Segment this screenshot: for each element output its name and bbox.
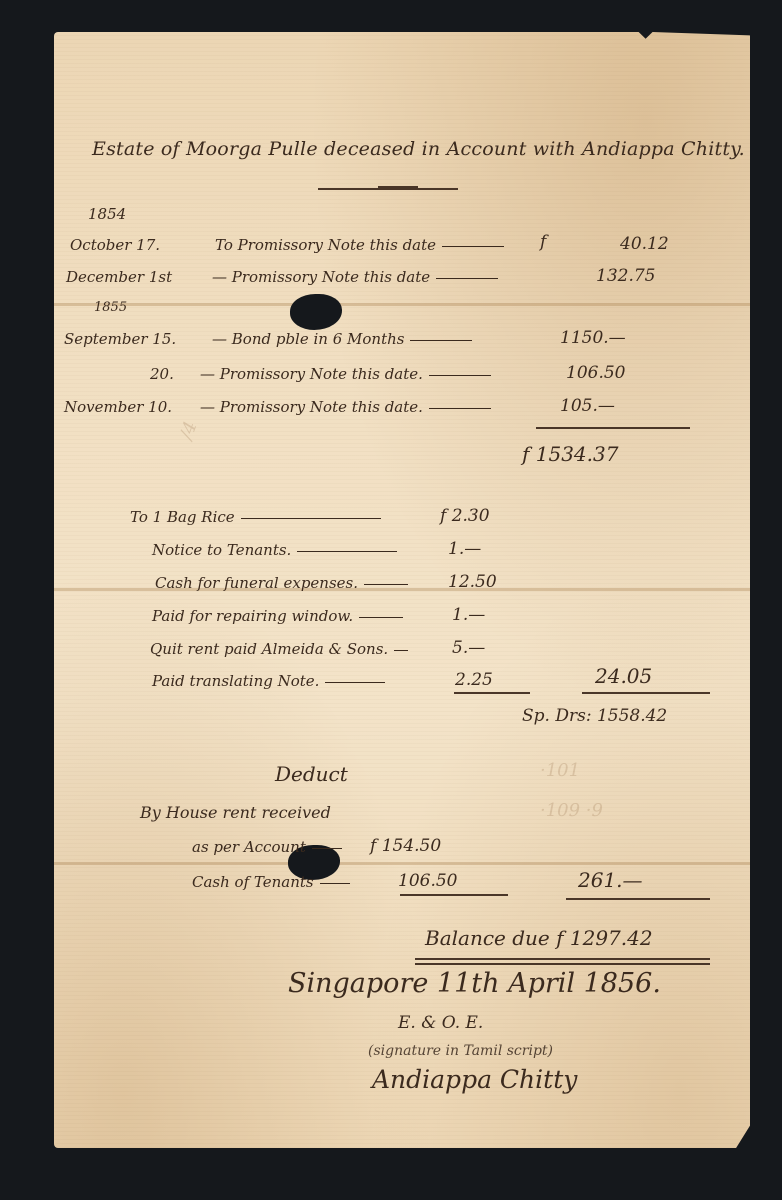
balance-line: Balance due f 1297.42	[425, 926, 653, 950]
entry-description: — Promissory Note this date.	[200, 398, 497, 416]
expense-amount: 12.50	[448, 572, 497, 592]
expense-last-rule	[454, 692, 530, 694]
entry-amount: 40.12	[620, 234, 669, 254]
balance-rule-2	[415, 963, 710, 965]
expense-amount: 1.—	[452, 605, 485, 625]
section2-subtotal: 24.05	[595, 664, 652, 688]
deduct-heading: Deduct	[275, 762, 348, 786]
fold-crease-bottom	[54, 862, 750, 865]
entry-description: To Promissory Note this date	[215, 236, 510, 254]
entry-amount: 132.75	[596, 266, 655, 286]
deduct-subtotal: 261.—	[578, 868, 643, 892]
entry-description: — Promissory Note this date.	[200, 365, 497, 383]
expense-amount: 5.—	[452, 638, 485, 658]
deduct-amount: 106.50	[398, 871, 457, 891]
expense-amount: 2.25	[455, 670, 493, 690]
year-1854: 1854	[88, 205, 126, 223]
entry-date: October 17.	[70, 236, 160, 254]
running-total: Sp. Drs: 1558.42	[522, 706, 667, 726]
place-date: Singapore 11th April 1856.	[288, 968, 661, 999]
year-1855: 1855	[94, 300, 127, 315]
signature: Andiappa Chitty	[372, 1065, 577, 1094]
deduct-description: as per Account	[192, 838, 348, 856]
entry-amount: 106.50	[566, 363, 625, 383]
entry-date: 20.	[150, 365, 174, 383]
deduct-entry-rule	[400, 894, 508, 896]
entry-amount: 105.—	[560, 396, 615, 416]
expense-description: Paid translating Note.	[152, 672, 391, 690]
title-underline-accent	[378, 186, 418, 189]
expense-amount: f 2.30	[440, 506, 490, 526]
fold-crease-top	[54, 303, 750, 306]
section2-subtotal-rule	[582, 692, 710, 694]
expense-description: Paid for repairing window.	[152, 607, 409, 625]
deduct-amount: f 154.50	[370, 836, 441, 856]
entry-date: December 1st	[66, 268, 172, 286]
expense-description: Quit rent paid Almeida & Sons.	[150, 640, 414, 658]
expense-amount: 1.—	[448, 539, 481, 559]
entry-date: September 15.	[64, 330, 176, 348]
entry-amount: 1150.—	[560, 328, 626, 348]
entry-date: November 10.	[64, 398, 172, 416]
balance-rule-1	[415, 958, 710, 960]
expense-description: Notice to Tenants.	[152, 541, 403, 559]
entry-description: — Promissory Note this date	[212, 268, 504, 286]
eoe-note: E. & O. E.	[398, 1013, 483, 1033]
deduct-subtotal-rule	[566, 898, 710, 900]
section1-subtotal: f 1534.37	[522, 442, 618, 466]
subtotal-rule	[536, 427, 690, 429]
document-title: Estate of Moorga Pulle deceased in Accou…	[92, 138, 745, 160]
expense-description: To 1 Bag Rice	[130, 508, 387, 526]
deduct-line: By House rent received	[140, 803, 331, 822]
tamil-signature: (signature in Tamil script)	[368, 1043, 553, 1059]
entry-currency: f	[540, 232, 546, 252]
expense-description: Cash for funeral expenses.	[155, 574, 414, 592]
entry-description: — Bond pble in 6 Months	[212, 330, 478, 348]
deduct-description: Cash of Tenants	[192, 873, 356, 891]
